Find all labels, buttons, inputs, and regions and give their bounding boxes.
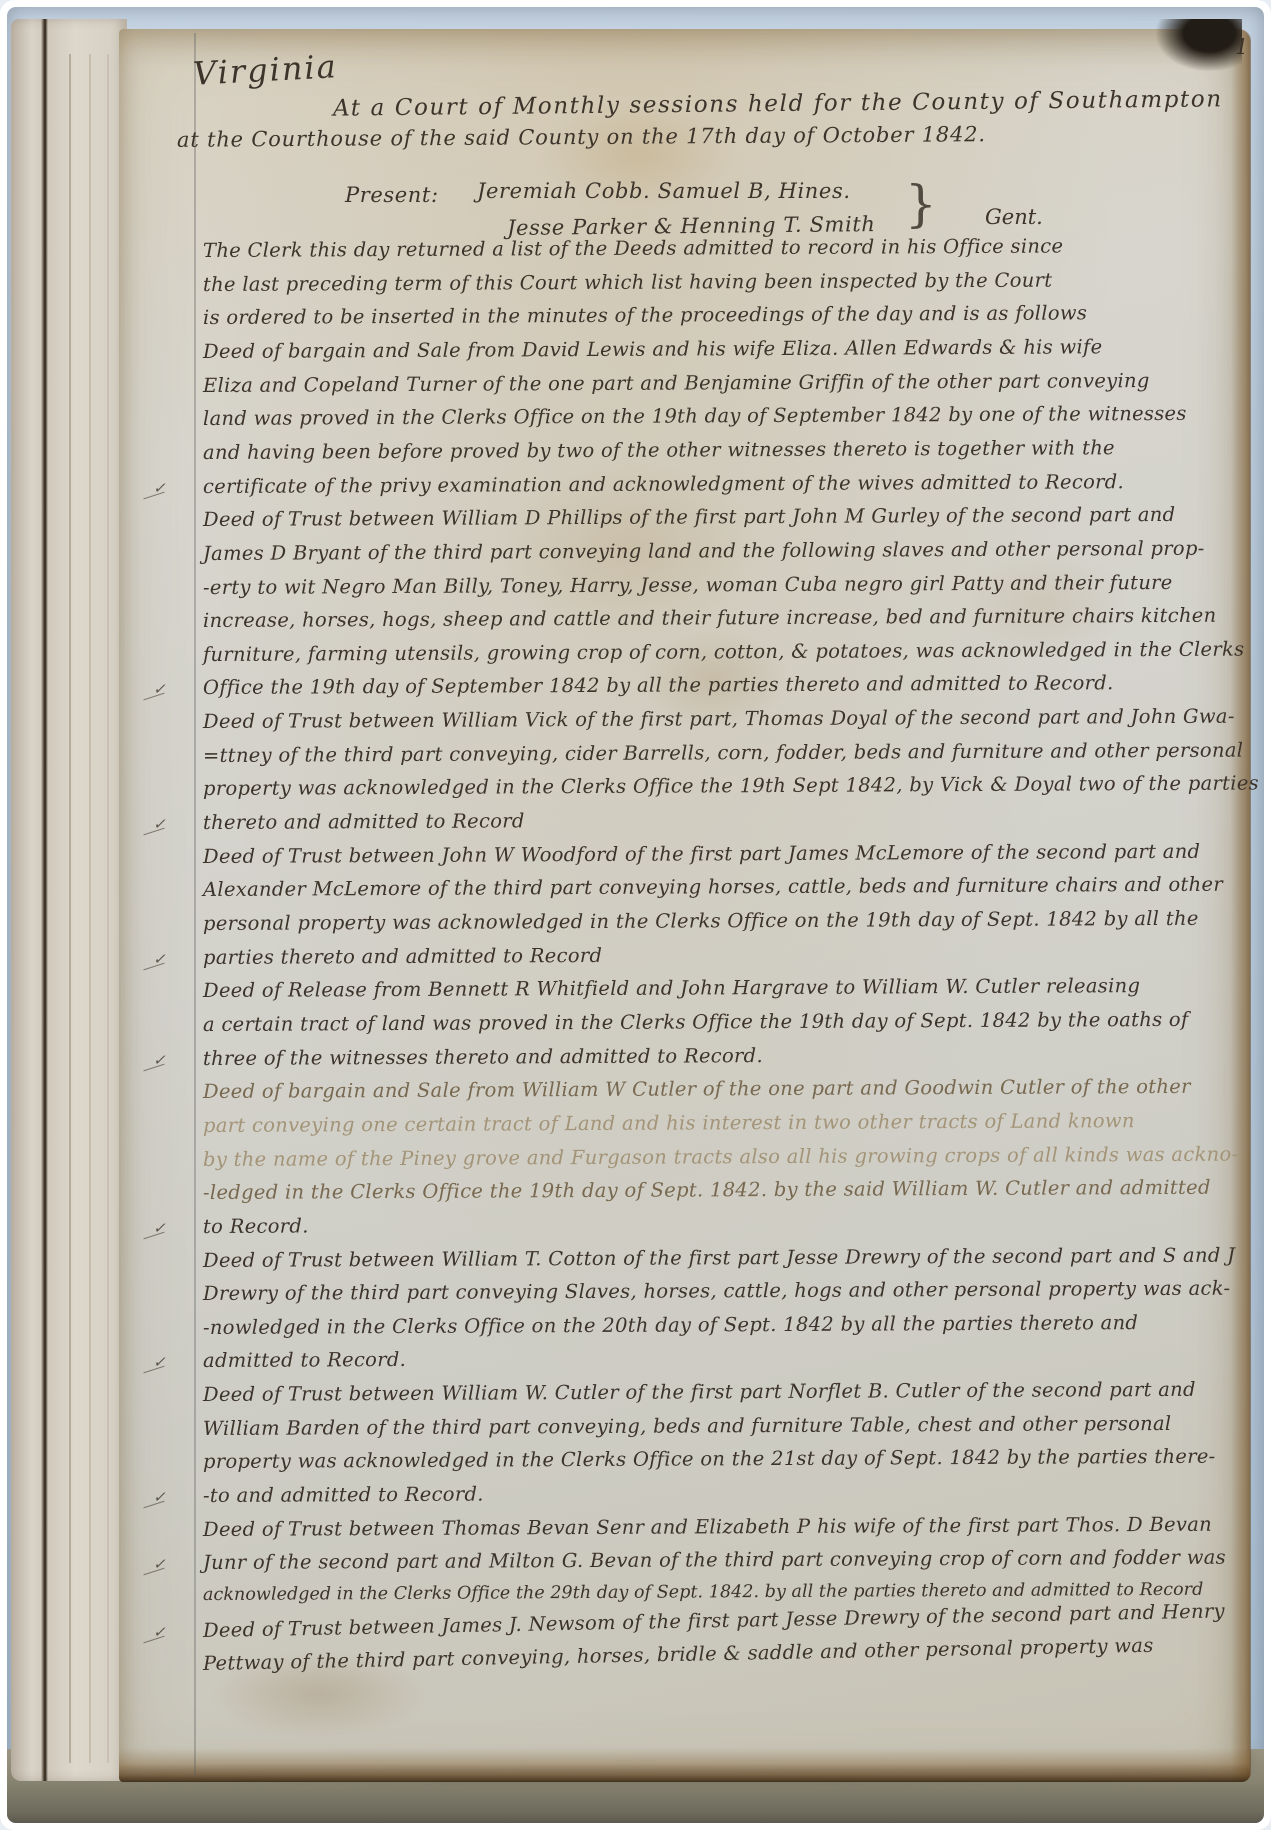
manuscript-line: is ordered to be inserted in the minutes… <box>203 302 1087 330</box>
manuscript-line: acknowledged in the Clerks Office the 29… <box>203 1580 1203 1605</box>
manuscript-line: Deed of Trust between William T. Cotton … <box>203 1243 1235 1271</box>
margin-check-mark: ✓ <box>153 479 166 497</box>
manuscript-line: Deed of Trust between William Vick of th… <box>203 705 1235 733</box>
manuscript-line: The Clerk this day returned a list of th… <box>203 234 1063 262</box>
manuscript-lines: The Clerk this day returned a list of th… <box>7 7 1264 1823</box>
manuscript-line: by the name of the Piney grove and Furga… <box>203 1142 1239 1170</box>
manuscript-line: -ledged in the Clerks Office the 19th da… <box>203 1176 1211 1204</box>
margin-check-mark: ✓ <box>153 1051 166 1069</box>
handwriting-layer: Virginia 1 At a Court of Monthly session… <box>7 7 1264 1823</box>
manuscript-photo: Virginia 1 At a Court of Monthly session… <box>0 0 1271 1830</box>
manuscript-line: increase, horses, hogs, sheep and cattle… <box>203 604 1217 632</box>
manuscript-line: -nowledged in the Clerks Office on the 2… <box>203 1311 1138 1339</box>
manuscript-line: James D Bryant of the third part conveyi… <box>203 537 1205 565</box>
manuscript-line: three of the witnesses thereto and admit… <box>203 1044 763 1070</box>
manuscript-line: furniture, farming utensils, growing cro… <box>203 637 1245 665</box>
manuscript-line: thereto and admitted to Record <box>203 809 525 834</box>
manuscript-line: William Barden of the third part conveyi… <box>203 1412 1172 1440</box>
manuscript-line: Deed of Trust between William D Phillips… <box>203 503 1176 531</box>
manuscript-line: Alexander McLemore of the third part con… <box>203 873 1223 901</box>
margin-check-mark: ✓ <box>153 1353 166 1371</box>
margin-check-mark: ✓ <box>153 1623 166 1641</box>
manuscript-line: Eliza and Copeland Turner of the one par… <box>203 369 1150 397</box>
manuscript-line: Deed of bargain and Sale from William W … <box>203 1075 1191 1103</box>
manuscript-line: parties thereto and admitted to Record <box>203 944 602 969</box>
margin-check-mark: ✓ <box>153 1488 166 1506</box>
manuscript-line: Deed of Trust between William W. Cutler … <box>203 1378 1196 1406</box>
manuscript-line: part conveying one certain tract of Land… <box>203 1109 1135 1137</box>
margin-check-mark: ✓ <box>153 1555 166 1573</box>
manuscript-line: certificate of the privy examination and… <box>203 470 1124 498</box>
margin-check-mark: ✓ <box>153 680 166 698</box>
manuscript-line: property was acknowledged in the Clerks … <box>203 1445 1216 1473</box>
manuscript-line: Pettway of the third part conveying, hor… <box>203 1634 1154 1675</box>
manuscript-line: Office the 19th day of September 1842 by… <box>203 672 1114 700</box>
margin-check-mark: ✓ <box>153 815 166 833</box>
margin-check-mark: ✓ <box>153 1219 166 1237</box>
manuscript-line: Deed of bargain and Sale from David Lewi… <box>203 335 1102 363</box>
manuscript-line: and having been before proved by two of … <box>203 436 1115 464</box>
manuscript-line: land was proved in the Clerks Office on … <box>203 402 1187 430</box>
manuscript-line: -to and admitted to Record. <box>203 1483 484 1507</box>
manuscript-line: property was acknowledged in the Clerks … <box>203 772 1259 801</box>
scene: Virginia 1 At a Court of Monthly session… <box>7 7 1264 1823</box>
manuscript-line: the last preceding term of this Court wh… <box>203 268 1052 295</box>
manuscript-line: personal property was acknowledged in th… <box>203 907 1199 935</box>
manuscript-line: to Record. <box>203 1214 309 1238</box>
manuscript-line: Junr of the second part and Milton G. Be… <box>203 1546 1226 1574</box>
manuscript-line: a certain tract of land was proved in th… <box>203 1008 1189 1036</box>
manuscript-line: Drewry of the third part conveying Slave… <box>203 1277 1230 1305</box>
manuscript-line: Deed of Trust between Thomas Bevan Senr … <box>203 1512 1212 1540</box>
manuscript-line: =ttney of the third part conveying, cide… <box>203 738 1243 766</box>
manuscript-line: -erty to wit Negro Man Billy, Toney, Har… <box>203 570 1173 598</box>
margin-check-mark: ✓ <box>153 950 166 968</box>
manuscript-line: Deed of Trust between John W Woodford of… <box>203 839 1200 867</box>
manuscript-line: admitted to Record. <box>203 1348 406 1372</box>
manuscript-line: Deed of Release from Bennett R Whitfield… <box>203 974 1140 1002</box>
